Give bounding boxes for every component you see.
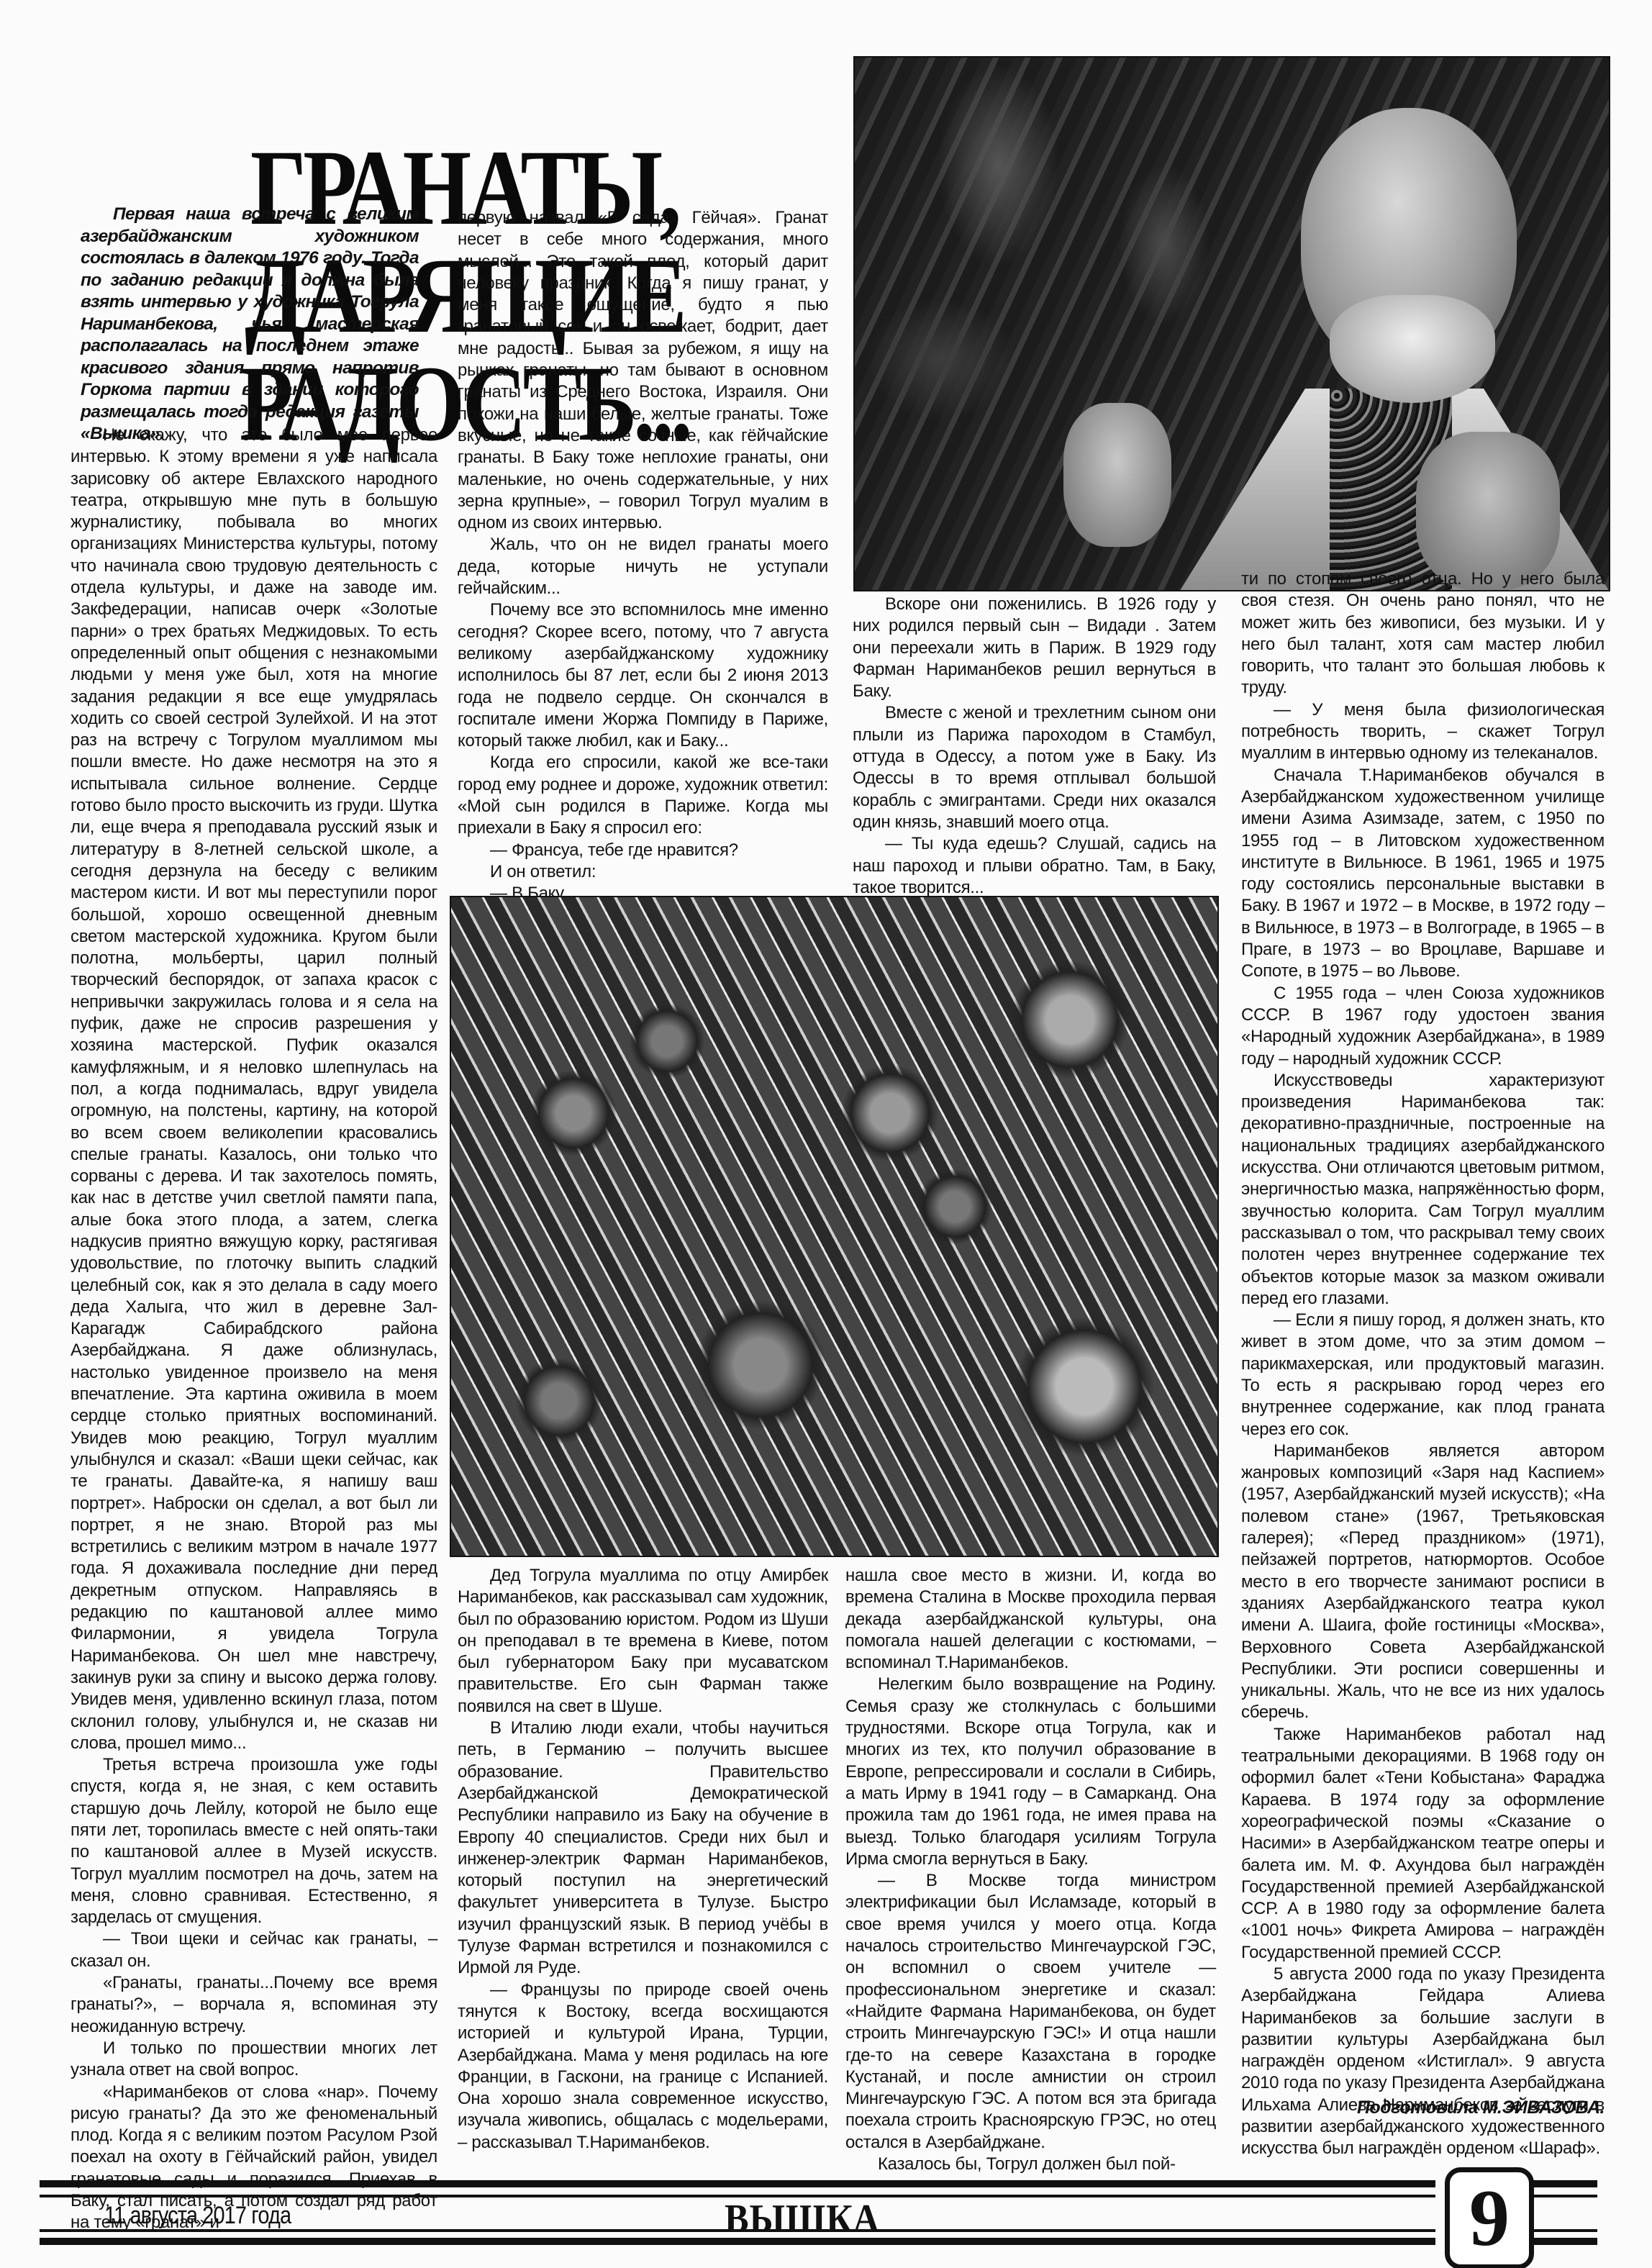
paragraph: — Французы по природе своей очень тянутс… [458,1979,828,2154]
footer-rule [40,2180,1435,2187]
paragraph: И он ответил: [458,861,828,883]
paragraph: Нариманбеков является автором жанровых к… [1241,1441,1605,1724]
paragraph: С 1955 года – член Союза художников СССР… [1241,983,1605,1070]
photo-figure-hand [1063,403,1171,547]
pomegranate-painting-image [450,896,1219,1557]
paragraph: Не скажу, что это было мое первое интерв… [71,425,437,1754]
paragraph: В Италию люди ехали, чтобы научиться пет… [458,1718,828,1979]
paragraph: Третья встреча произошла уже годы спустя… [71,1754,437,1928]
paragraph: Нелегким было возвращение на Родину. Сем… [845,1674,1216,1870]
paragraph: первую назвал «В садах Гёйчая». Гранат н… [458,207,828,534]
paragraph: — Твои щеки и сейчас как гранаты, – сказ… [71,1928,437,1972]
paragraph: 5 августа 2000 года по указу Президента … [1241,1964,1605,2160]
paragraph: — Если я пишу город, я должен знать, кто… [1241,1310,1605,1441]
paragraph: «Гранаты, гранаты...Почему все время гра… [71,1972,437,2038]
column-3-bottom: нашла свое место в жизни. И, когда во вр… [845,1565,1216,2175]
paragraph: Вскоре они поженились. В 1926 году у них… [853,594,1216,702]
footer-rule [1533,2180,1597,2187]
footer-rule [1533,2229,1597,2232]
column-2-top: первую назвал «В садах Гёйчая». Гранат н… [458,207,828,905]
paragraph: — Ты куда едешь? Слушай, садись на наш п… [853,833,1216,899]
paragraph: Дед Тогрула муаллима по отцу Амирбек Нар… [458,1565,828,1718]
paragraph: Вместе с женой и трехлетним сыном они пл… [853,702,1216,833]
paragraph: Также Нариманбеков работал над театральн… [1241,1724,1605,1964]
paragraph: Казалось бы, Тогрул должен был пой- [845,2154,1216,2175]
author-byline: Подготовила М.ЭЙВАЗОВА. [1317,2097,1605,2118]
paragraph: Когда его спросили, какой же все-таки го… [458,752,828,839]
paragraph: Жаль, что он не видел гранаты моего деда… [458,534,828,599]
column-2-bottom: Дед Тогрула муаллима по отцу Амирбек Нар… [458,1565,828,2154]
artist-portrait-photo [853,56,1610,591]
column-4: ти по стопам своего отца. Но у него была… [1241,568,1605,2160]
paragraph: — В Москве тогда министром электрификаци… [845,1870,1216,2154]
photo-figure-hand [1416,432,1560,590]
paragraph: ти по стопам своего отца. Но у него была… [1241,568,1605,699]
painting-texture [451,897,1217,1556]
paragraph: — У меня была физиологическая потребност… [1241,699,1605,765]
paragraph: И только по прошествии многих лет узнала… [71,2038,437,2082]
paragraph: Почему все это вспомнилось мне именно се… [458,599,828,752]
lead-text: Первая наша встреча с великим азербайджа… [81,204,419,445]
page-footer: 11 августа 2017 года ВЫШКА 9 [40,2180,1622,2252]
paragraph: нашла свое место в жизни. И, когда во вр… [845,1565,1216,1674]
footer-rule [1533,2238,1597,2245]
column-1: Не скажу, что это было мое первое интерв… [71,425,437,2234]
issue-date: 11 августа 2017 года [104,2202,291,2230]
footer-rule [1533,2195,1597,2197]
lead-paragraph: Первая наша встреча с великим азербайджа… [81,204,419,445]
photo-figure-beard [1330,295,1495,403]
paragraph: — Франсуа, тебе где нравится? [458,840,828,861]
paragraph: Искусствоведы характеризуют произведения… [1241,1070,1605,1310]
newspaper-name: ВЫШКА [725,2196,880,2242]
newspaper-page: ГРАНАТЫ, ДАРЯЩИЕ РАДОСТЬ... Первая наша … [0,0,1652,2268]
paragraph: Сначала Т.Нариманбеков обучался в Азерба… [1241,765,1605,983]
page-number: 9 [1445,2167,1534,2268]
